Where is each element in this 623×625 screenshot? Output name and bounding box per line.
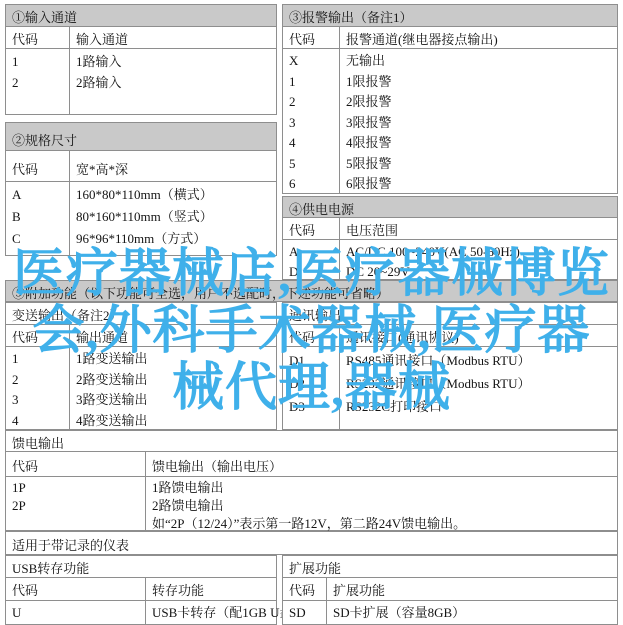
mid-left-column: 变送输出（备注2） 代码 输出通道 1 2 3 4 1路变送输出 2路变送输出 xyxy=(5,302,277,430)
value-column-header: 宽*高*深 xyxy=(70,151,276,181)
row-code: X xyxy=(283,51,339,72)
code-column: 1P 2P xyxy=(6,477,146,530)
expand-function-table: 扩展功能 代码 扩展功能 SD SD卡扩展（容量8GB） xyxy=(282,555,618,625)
alarm-body: X 1 2 3 4 5 6 无输出 1限报警 2限报警 3限报警 4限报警 xyxy=(283,49,617,193)
feed-output-title: 馈电输出 xyxy=(6,431,617,452)
value-column: 1路输入 2路输入 xyxy=(70,49,276,114)
additional-functions-banner: ⑤附加功能（以下功能可全选，用户不选配时，下述功能可省略） xyxy=(5,280,618,302)
alarm-header-row: 代码 报警通道(继电器接点输出) xyxy=(283,27,617,49)
value-column-header: 通讯接口(通讯协议) xyxy=(340,325,617,346)
code-column: SD xyxy=(283,601,327,624)
code-column-header: 代码 xyxy=(283,27,340,48)
top-right-column: ③报警输出（备注1） 代码 报警通道(继电器接点输出) X 1 2 3 4 5 … xyxy=(282,4,618,280)
row-value: 160*80*110mm（横式） xyxy=(70,184,276,206)
row-value: 2路馈电输出 xyxy=(146,497,617,515)
usb-transfer-title: USB转存功能 xyxy=(6,556,276,578)
row-value: AC/DC 100~240V(AC 50-60Hz) xyxy=(340,242,617,262)
code-column: D1 D2 D3 xyxy=(283,347,340,429)
code-column-header: 代码 xyxy=(6,578,146,600)
code-column-header: 代码 xyxy=(283,578,327,600)
row-value: RS232C打印接口 xyxy=(340,395,617,418)
row-value: 2限报警 xyxy=(340,92,617,113)
code-column: U xyxy=(6,601,146,624)
record-instrument-banner: 适用于带记录的仪表 xyxy=(5,531,618,555)
usb-body: U USB卡转存（配1GB U盘） xyxy=(6,601,276,624)
row-code: 3 xyxy=(6,390,69,411)
value-column: 1路变送输出 2路变送输出 3路变送输出 4路变送输出 xyxy=(70,347,276,429)
value-column-header: 扩展功能 xyxy=(327,578,617,600)
value-column: SD卡扩展（容量8GB） xyxy=(327,601,617,624)
row-code: C xyxy=(6,228,69,250)
input-channel-header-row: 代码 输入通道 xyxy=(6,27,276,49)
dimensions-header-row: 代码 宽*高*深 xyxy=(6,151,276,182)
mid-right-column: 通讯输出 代码 通讯接口(通讯协议) D1 D2 D3 RS485通讯接口（Mo… xyxy=(282,302,618,430)
row-value: 80*160*110mm（竖式） xyxy=(70,206,276,228)
row-code: U xyxy=(6,603,145,623)
bottom-left-column: USB转存功能 代码 转存功能 U USB卡转存（配1GB U盘） xyxy=(5,555,277,625)
row-value: SD卡扩展（容量8GB） xyxy=(327,603,617,623)
value-column-header: 报警通道(继电器接点输出) xyxy=(340,27,617,48)
top-left-column: ①输入通道 代码 输入通道 1 2 1路输入 2路输入 ② xyxy=(5,4,277,256)
value-column: 1路馈电输出 2路馈电输出 如“2P（12/24）”表示第一路12V，第二路24… xyxy=(146,477,617,530)
row-code: 2 xyxy=(283,92,339,113)
row-value: 1限报警 xyxy=(340,72,617,93)
row-value: 5限报警 xyxy=(340,154,617,175)
code-column-header: 代码 xyxy=(6,151,70,181)
code-column: A D xyxy=(283,240,340,279)
top-section: ①输入通道 代码 输入通道 1 2 1路输入 2路输入 ② xyxy=(5,4,618,280)
value-column: 160*80*110mm（横式） 80*160*110mm（竖式） 96*96*… xyxy=(70,182,276,255)
transmit-header-row: 代码 输出通道 xyxy=(6,325,276,347)
row-code: A xyxy=(6,184,69,206)
dimensions-body: A B C 160*80*110mm（横式） 80*160*110mm（竖式） … xyxy=(6,182,276,255)
row-value: DC 20~29V xyxy=(340,262,617,282)
expand-function-title: 扩展功能 xyxy=(283,556,617,578)
row-value: 3路变送输出 xyxy=(70,390,276,411)
spec-sheet-page: ①输入通道 代码 输入通道 1 2 1路输入 2路输入 ② xyxy=(0,0,623,625)
row-code: 1P xyxy=(6,479,145,497)
code-column: A B C xyxy=(6,182,70,255)
code-column: 1 2 xyxy=(6,49,70,114)
row-value: 1路输入 xyxy=(70,51,276,72)
row-value: 96*96*110mm（方式） xyxy=(70,228,276,250)
row-code: SD xyxy=(283,603,326,623)
transmit-output-table: 变送输出（备注2） 代码 输出通道 1 2 3 4 1路变送输出 2路变送输出 xyxy=(5,302,277,430)
row-code: 6 xyxy=(283,174,339,195)
power-supply-title: ④供电电源 xyxy=(283,197,617,218)
row-code: D1 xyxy=(283,349,339,372)
value-column-header: 转存功能 xyxy=(146,578,276,600)
input-channel-body: 1 2 1路输入 2路输入 xyxy=(6,49,276,114)
transmit-output-title: 变送输出（备注2） xyxy=(6,303,276,325)
bottom-section: USB转存功能 代码 转存功能 U USB卡转存（配1GB U盘） 扩展功能 xyxy=(5,555,618,625)
row-value: 6限报警 xyxy=(340,174,617,195)
usb-transfer-table: USB转存功能 代码 转存功能 U USB卡转存（配1GB U盘） xyxy=(5,555,277,625)
row-code: 3 xyxy=(283,113,339,134)
code-column: X 1 2 3 4 5 6 xyxy=(283,49,340,193)
transmit-body: 1 2 3 4 1路变送输出 2路变送输出 3路变送输出 4路变送输出 xyxy=(6,347,276,429)
dimensions-title: ②规格尺寸 xyxy=(6,123,276,151)
row-code: 1 xyxy=(6,51,69,72)
row-code: 2P xyxy=(6,497,145,515)
row-code: 5 xyxy=(283,154,339,175)
code-column-header: 代码 xyxy=(6,452,146,476)
value-column: 无输出 1限报警 2限报警 3限报警 4限报警 5限报警 6限报警 xyxy=(340,49,617,193)
usb-header-row: 代码 转存功能 xyxy=(6,578,276,601)
power-body: A D AC/DC 100~240V(AC 50-60Hz) DC 20~29V xyxy=(283,240,617,279)
dimensions-table: ②规格尺寸 代码 宽*高*深 A B C 160*80*110mm（横式） 80… xyxy=(5,122,277,256)
row-code: 1 xyxy=(6,349,69,370)
row-code: 1 xyxy=(283,72,339,93)
row-value: 2路变送输出 xyxy=(70,370,276,391)
row-value: 4限报警 xyxy=(340,133,617,154)
feed-output-table: 馈电输出 代码 馈电输出（输出电压） 1P 2P 1路馈电输出 2路馈电输出 如… xyxy=(5,430,618,531)
comm-header-row: 代码 通讯接口(通讯协议) xyxy=(283,325,617,347)
row-value: RS485通讯接口（Modbus RTU） xyxy=(340,349,617,372)
value-column-header: 馈电输出（输出电压） xyxy=(146,452,617,476)
value-column-header: 输入通道 xyxy=(70,27,276,48)
value-column-header: 电压范围 xyxy=(340,218,617,239)
row-code: D2 xyxy=(283,372,339,395)
input-channel-table: ①输入通道 代码 输入通道 1 2 1路输入 2路输入 xyxy=(5,4,277,115)
code-column: 1 2 3 4 xyxy=(6,347,70,429)
comm-output-title: 通讯输出 xyxy=(283,303,617,325)
row-code: 2 xyxy=(6,370,69,391)
row-code: A xyxy=(283,242,339,262)
value-column-header: 输出通道 xyxy=(70,325,276,346)
comm-body: D1 D2 D3 RS485通讯接口（Modbus RTU） RS232通讯接口… xyxy=(283,347,617,429)
mid-section: 变送输出（备注2） 代码 输出通道 1 2 3 4 1路变送输出 2路变送输出 xyxy=(5,302,618,430)
feed-header-row: 代码 馈电输出（输出电压） xyxy=(6,452,617,477)
alarm-output-title: ③报警输出（备注1） xyxy=(283,5,617,27)
row-code: D3 xyxy=(283,395,339,418)
row-value: 1路变送输出 xyxy=(70,349,276,370)
code-column-header: 代码 xyxy=(283,218,340,239)
alarm-output-table: ③报警输出（备注1） 代码 报警通道(继电器接点输出) X 1 2 3 4 5 … xyxy=(282,4,618,194)
row-code: D xyxy=(283,262,339,282)
code-column-header: 代码 xyxy=(6,325,70,346)
row-value: 2路输入 xyxy=(70,72,276,93)
expand-header-row: 代码 扩展功能 xyxy=(283,578,617,601)
comm-output-table: 通讯输出 代码 通讯接口(通讯协议) D1 D2 D3 RS485通讯接口（Mo… xyxy=(282,302,618,430)
power-header-row: 代码 电压范围 xyxy=(283,218,617,240)
row-value: 无输出 xyxy=(340,51,617,72)
feed-body: 1P 2P 1路馈电输出 2路馈电输出 如“2P（12/24）”表示第一路12V… xyxy=(6,477,617,530)
code-column-header: 代码 xyxy=(6,27,70,48)
bottom-right-column: 扩展功能 代码 扩展功能 SD SD卡扩展（容量8GB） xyxy=(282,555,618,625)
row-code: B xyxy=(6,206,69,228)
row-code: 2 xyxy=(6,72,69,93)
expand-body: SD SD卡扩展（容量8GB） xyxy=(283,601,617,624)
row-value: 3限报警 xyxy=(340,113,617,134)
feed-note: 如“2P（12/24）”表示第一路12V，第二路24V馈电输出。 xyxy=(146,515,617,533)
row-value: RS232通讯接口（Modbus RTU） xyxy=(340,372,617,395)
code-column-header: 代码 xyxy=(283,325,340,346)
row-code: 4 xyxy=(283,133,339,154)
input-channel-title: ①输入通道 xyxy=(6,5,276,27)
row-code: 4 xyxy=(6,411,69,432)
row-value: 4路变送输出 xyxy=(70,411,276,432)
power-supply-table: ④供电电源 代码 电压范围 A D AC/DC 100~240V(AC 50-6… xyxy=(282,196,618,280)
row-value: 1路馈电输出 xyxy=(146,479,617,497)
value-column: RS485通讯接口（Modbus RTU） RS232通讯接口（Modbus R… xyxy=(340,347,617,429)
value-column: AC/DC 100~240V(AC 50-60Hz) DC 20~29V xyxy=(340,240,617,279)
